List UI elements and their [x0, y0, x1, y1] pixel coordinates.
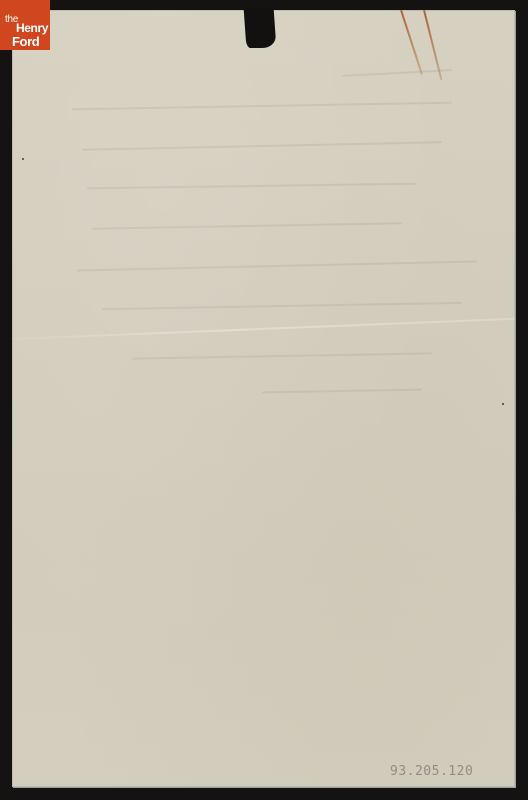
bleed-through-ink: [82, 141, 442, 151]
bleed-through-ink: [342, 69, 452, 77]
bleed-through-ink: [87, 183, 417, 190]
bleed-through-ink: [77, 260, 477, 271]
the-henry-ford-logo: the Henry Ford: [0, 0, 50, 50]
bleed-through-ink: [72, 102, 452, 111]
paper-speck: [502, 403, 504, 405]
document-viewer: the Henry Ford 93.205.120: [0, 0, 528, 800]
logo-text-henry: Henry: [16, 22, 48, 34]
accession-number: 93.205.120: [390, 764, 473, 779]
paper-fold-crease: [12, 318, 515, 340]
bleed-through-ink: [132, 352, 432, 359]
document-page: [12, 10, 515, 787]
bleed-through-ink: [262, 389, 422, 394]
bleed-through-ink: [102, 302, 462, 310]
paper-tear: [244, 8, 277, 48]
logo-text-ford: Ford: [12, 35, 39, 48]
bleed-through-ink: [92, 222, 402, 229]
paper-speck: [22, 158, 24, 160]
